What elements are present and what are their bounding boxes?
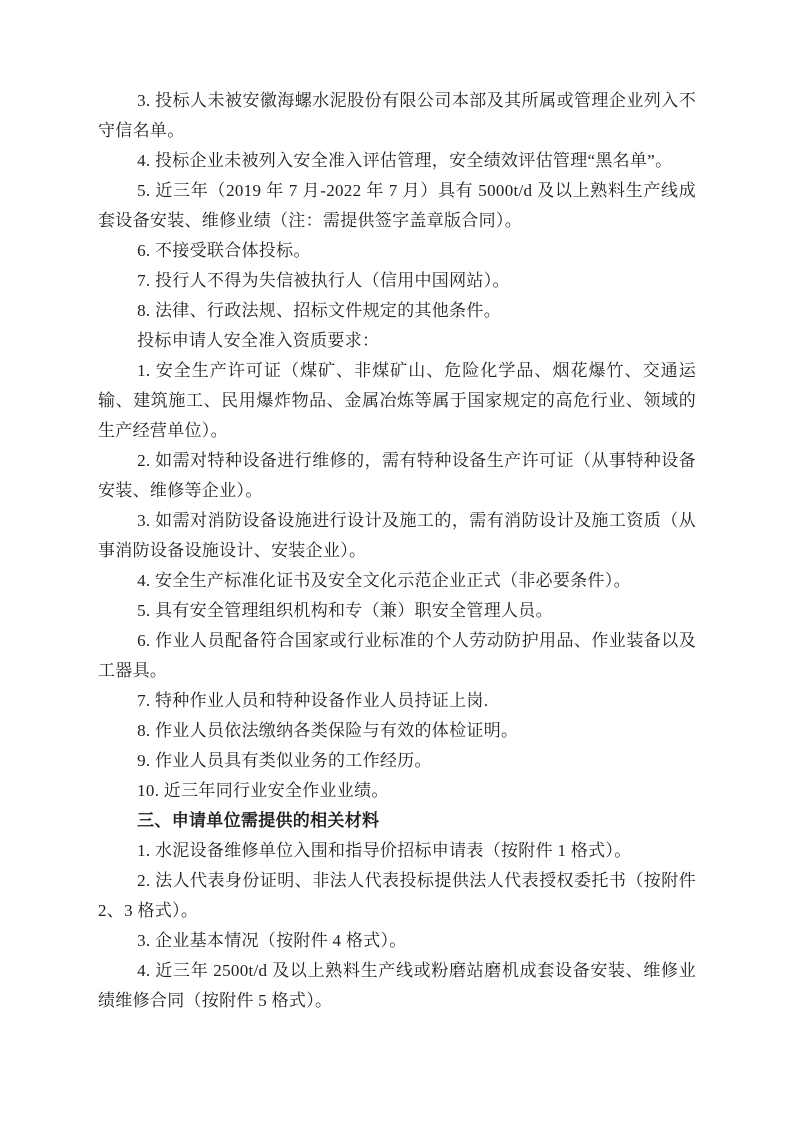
paragraph: 投标申请人安全准入资质要求： <box>98 326 696 356</box>
paragraph: 7. 特种作业人员和特种设备作业人员持证上岗. <box>98 686 696 716</box>
paragraph: 7. 投行人不得为失信被执行人（信用中国网站）。 <box>98 266 696 296</box>
paragraph: 9. 作业人员具有类似业务的工作经历。 <box>98 746 696 776</box>
paragraph: 5. 近三年（2019 年 7 月-2022 年 7 月）具有 5000t/d … <box>98 176 696 236</box>
document-page: 3. 投标人未被安徽海螺水泥股份有限公司本部及其所属或管理企业列入不守信名单。4… <box>0 0 793 1122</box>
paragraph: 3. 投标人未被安徽海螺水泥股份有限公司本部及其所属或管理企业列入不守信名单。 <box>98 86 696 146</box>
paragraph: 3. 如需对消防设备设施进行设计及施工的，需有消防设计及施工资质（从事消防设备设… <box>98 506 696 566</box>
paragraph: 10. 近三年同行业安全作业业绩。 <box>98 776 696 806</box>
paragraph: 8. 作业人员依法缴纳各类保险与有效的体检证明。 <box>98 716 696 746</box>
paragraph: 4. 近三年 2500t/d 及以上熟料生产线或粉磨站磨机成套设备安装、维修业绩… <box>98 956 696 1016</box>
paragraph: 2. 法人代表身份证明、非法人代表投标提供法人代表授权委托书（按附件 2、3 格… <box>98 866 696 926</box>
paragraph: 8. 法律、行政法规、招标文件规定的其他条件。 <box>98 296 696 326</box>
paragraph: 1. 安全生产许可证（煤矿、非煤矿山、危险化学品、烟花爆竹、交通运输、建筑施工、… <box>98 356 696 446</box>
section-heading: 三、申请单位需提供的相关材料 <box>98 806 696 836</box>
paragraph: 6. 不接受联合体投标。 <box>98 236 696 266</box>
paragraph: 6. 作业人员配备符合国家或行业标准的个人劳动防护用品、作业装备以及工器具。 <box>98 626 696 686</box>
paragraph: 4. 投标企业未被列入安全准入评估管理，安全绩效评估管理“黑名单”。 <box>98 146 696 176</box>
paragraph: 3. 企业基本情况（按附件 4 格式）。 <box>98 926 696 956</box>
paragraph: 4. 安全生产标准化证书及安全文化示范企业正式（非必要条件）。 <box>98 566 696 596</box>
paragraph: 5. 具有安全管理组织机构和专（兼）职安全管理人员。 <box>98 596 696 626</box>
paragraph: 1. 水泥设备维修单位入围和指导价招标申请表（按附件 1 格式）。 <box>98 836 696 866</box>
document-body: 3. 投标人未被安徽海螺水泥股份有限公司本部及其所属或管理企业列入不守信名单。4… <box>98 86 696 1016</box>
paragraph: 2. 如需对特种设备进行维修的，需有特种设备生产许可证（从事特种设备安装、维修等… <box>98 446 696 506</box>
